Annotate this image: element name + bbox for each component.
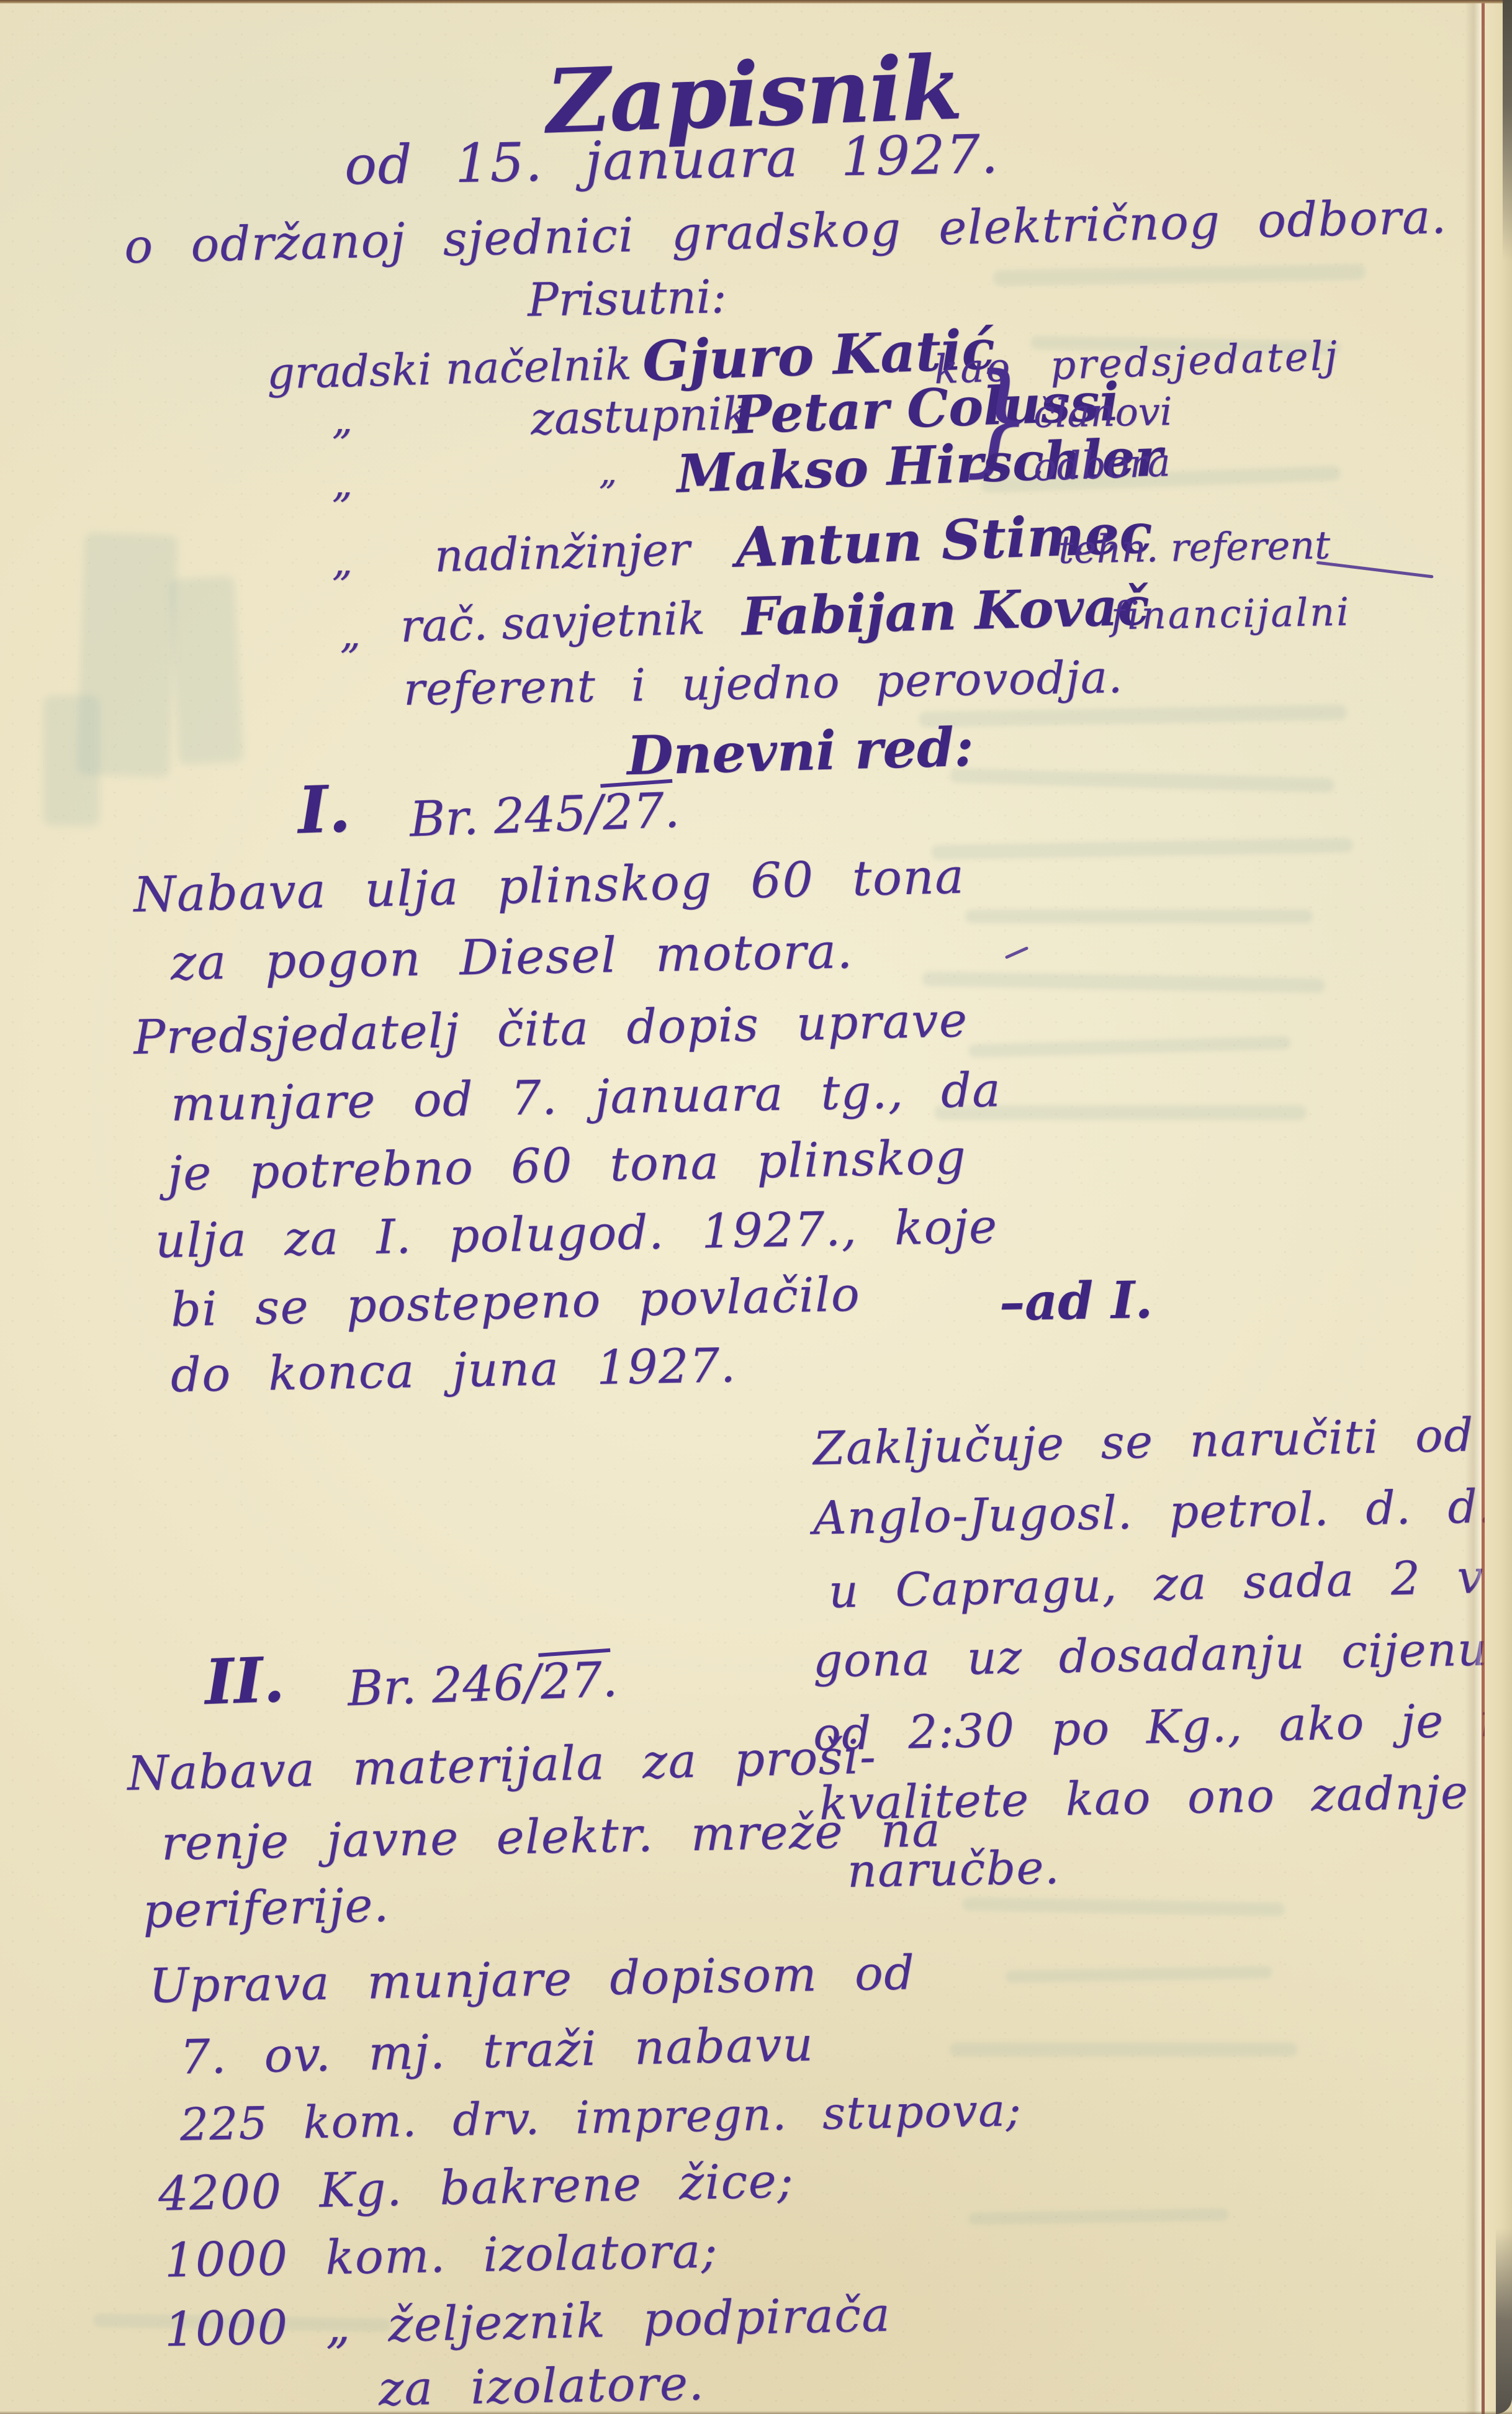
item1-body-line: Predsjedatelj čita dopis uprave xyxy=(133,992,968,1065)
bleedthrough-ghost xyxy=(43,695,99,826)
item1-body-line: bi se postepeno povlačilo xyxy=(170,1266,861,1337)
bleedthrough-ghost xyxy=(968,2208,1229,2225)
bleedthrough-ghost xyxy=(965,910,1313,923)
attendee-note: tehn. referent xyxy=(1058,522,1330,572)
ditto-mark: „ xyxy=(340,612,361,658)
bleedthrough-ghost xyxy=(968,1036,1291,1058)
item2-ref-year: 27. xyxy=(539,1652,618,1710)
bleedthrough-ghost xyxy=(919,704,1347,728)
page-top-edge xyxy=(0,0,1512,4)
next-page-edge xyxy=(1485,0,1512,2414)
item2-body-line: 1000 kom. izolatora; xyxy=(164,2223,718,2288)
page-bottom-edge xyxy=(0,2411,1512,2414)
item1-resolution-heading: –ad I. xyxy=(999,1270,1153,1332)
scan-edge-shadow-bottom xyxy=(1496,2228,1512,2414)
bleedthrough-ghost xyxy=(962,1897,1285,1916)
item1-ref-year: 27. xyxy=(601,782,680,841)
item1-body-line: ulja za I. polugod. 1927., koje xyxy=(155,1198,998,1268)
item2-body-line: 225 kom. drv. impregn. stupova; xyxy=(179,2084,1022,2151)
subject-line: o održanoj sjednici gradskog električnog… xyxy=(124,189,1447,274)
bleedthrough-ghost xyxy=(950,768,1334,793)
scan-edge-shadow-top xyxy=(1503,0,1512,261)
date-line: od 15. januara 1927. xyxy=(344,124,999,197)
item2-ref: Br. 246/27. xyxy=(347,1652,619,1717)
attendee-role: nadinžinjer xyxy=(434,523,691,582)
pen-flourish xyxy=(1316,561,1433,578)
item1-resolution-line: od 2:30 po Kg., ako je iste xyxy=(812,1692,1512,1761)
item2-body-line: Uprava munjare dopisom od xyxy=(148,1945,916,2014)
item1-ref: Br. 245/27. xyxy=(409,782,681,848)
item2-body-line: 4200 Kg. bakrene žice; xyxy=(158,2153,794,2221)
item1-resolution-line: Anglo-Jugosl. petrol. d. d. xyxy=(812,1480,1494,1545)
bleedthrough-ghost xyxy=(950,2043,1297,2056)
item2-body-line: 7. ov. mj. traži nabavu xyxy=(179,2016,814,2084)
item2-title-line: renje javne elektr. mreže na xyxy=(161,1802,942,1871)
item1-body-line: do konca juna 1927. xyxy=(170,1337,737,1403)
item2-ref-prefix: Br. 246/ xyxy=(347,1655,542,1717)
ditto-mark: „ xyxy=(332,397,353,443)
item1-resolution-line: Zaključuje se naručiti od tt. xyxy=(812,1406,1512,1475)
stray-pen-mark xyxy=(1005,946,1029,959)
item1-title-line: Nabava ulja plinskog 60 tona xyxy=(133,849,965,923)
item1-resolution-line: gona uz dosadanju cijenu xyxy=(812,1623,1488,1688)
item2-number: II. xyxy=(204,1643,286,1719)
attendee-note: financijalni xyxy=(1110,589,1351,639)
bleedthrough-ghost xyxy=(993,264,1366,286)
present-heading: Prisutni: xyxy=(527,270,727,327)
bleedthrough-ghost xyxy=(76,533,178,778)
item2-title-line: Nabava materijala za proši- xyxy=(127,1729,877,1801)
bleedthrough-ghost xyxy=(169,576,244,765)
item2-body-line: 1000 „ željeznik podpirača xyxy=(164,2287,891,2357)
red-margin-line xyxy=(1482,0,1485,2414)
item1-body-line: je potrebno 60 tona plinskog xyxy=(167,1129,967,1201)
attendee-note: odbora xyxy=(1033,440,1171,490)
bleedthrough-ghost xyxy=(1006,1966,1272,1983)
bleedthrough-ghost xyxy=(922,971,1325,993)
attendee-name: Fabijan Kovač xyxy=(741,575,1150,647)
attendee-role: zastupnik xyxy=(530,387,750,445)
item1-ref-prefix: Br. 245/ xyxy=(409,785,604,848)
item1-title-line: za pogon Diesel motora. xyxy=(170,923,853,991)
ditto-mark: „ xyxy=(332,539,353,585)
item2-title-line: periferije. xyxy=(142,1877,390,1938)
bleedthrough-ghost xyxy=(931,838,1353,860)
item1-body-line: munjare od 7. januara tg., da xyxy=(170,1062,1001,1131)
attendee-role: rač. savjetnik xyxy=(400,592,706,653)
ditto-mark: „ xyxy=(599,452,617,492)
manuscript-page: Zapisnik od 15. januara 1927. o održanoj… xyxy=(0,0,1512,2414)
agenda-heading: Dnevni red: xyxy=(626,716,974,788)
item2-body-line: za izolatore. xyxy=(378,2355,704,2414)
page-fold-crease xyxy=(1465,0,1481,2414)
item1-resolution-line: u Capragu, za sada 2 va- xyxy=(828,1549,1512,1619)
attendee-continuation: referent i ujedno perovodja. xyxy=(403,651,1123,715)
attendee-role: gradski načelnik xyxy=(266,338,632,399)
ditto-mark: „ xyxy=(332,461,353,507)
item1-number: I. xyxy=(297,771,352,849)
